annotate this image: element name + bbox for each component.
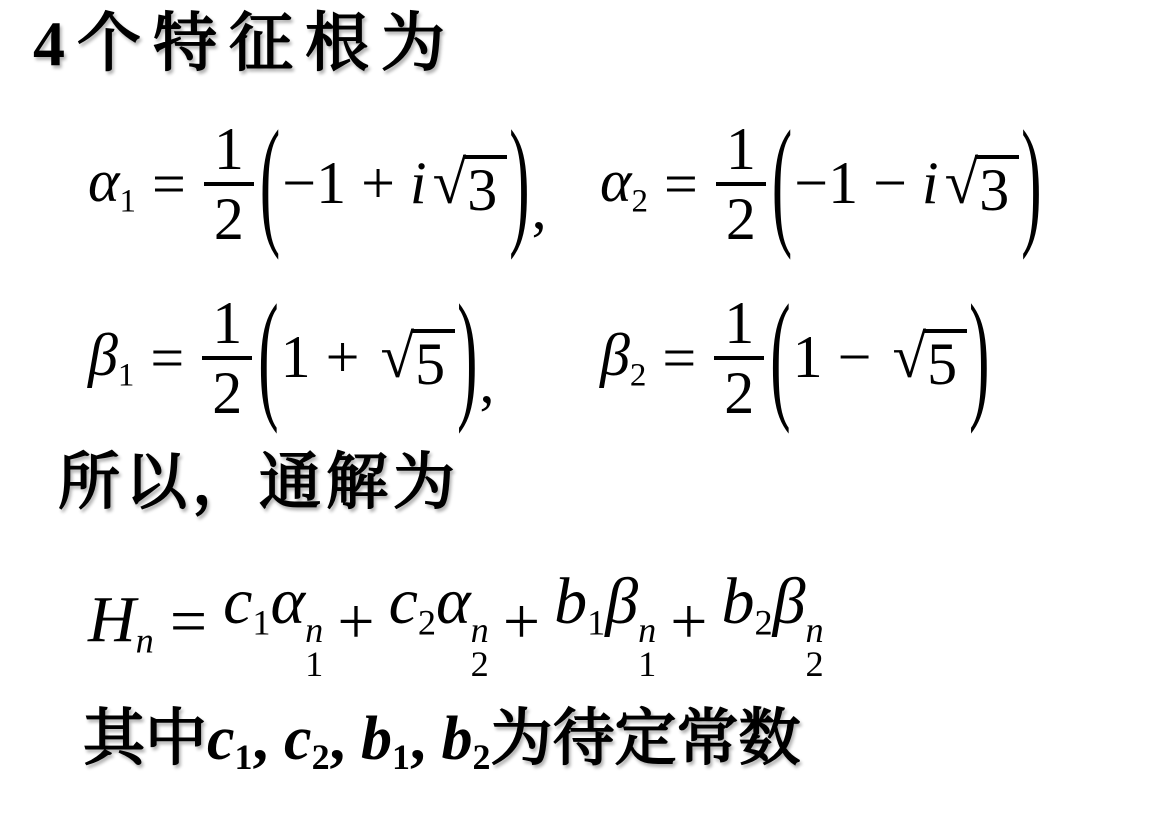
right-paren: ) [969,272,989,445]
equation-lhs: β2 [600,319,646,396]
exponent-n: n [305,613,323,647]
paren-content: 1 − √5 [793,321,967,396]
fraction-denominator: 2 [714,356,764,424]
variable-beta: β [600,322,630,388]
left-paren: ( [258,272,278,445]
base-variable: α [271,565,306,638]
square-root: √3 [433,153,508,222]
equation-beta-2: β2 = 1 2 ( 1 − √5 ) [600,272,991,444]
variable-H: H [88,583,136,656]
fraction-one-half: 1 2 [716,118,766,251]
fraction-denominator: 2 [202,356,252,424]
variable-beta: β [88,322,118,388]
plus-sign: + [670,582,707,661]
subscript: 2 [632,184,649,220]
variable-alpha: α [600,148,632,214]
radicand: 3 [975,155,1019,222]
constant-c1: c1 [207,705,253,773]
fraction-one-half: 1 2 [204,118,254,251]
left-paren: ( [772,98,792,271]
plus-sign: + [337,582,374,661]
radical-sign: √ [892,327,926,388]
constant-base: c [207,705,235,773]
fraction-numerator: 1 [202,292,252,356]
term-c1-alpha1: c1αn1 [223,562,323,682]
constant-b1: b1 [361,705,410,773]
fraction-one-half: 1 2 [714,292,764,425]
base-subscript: 2 [471,647,489,681]
square-root: √5 [380,327,455,396]
equation-lhs: β1 [88,319,134,396]
imaginary-unit: i [922,150,939,216]
left-paren: ( [770,272,790,445]
coefficient: c [389,565,418,638]
base-subscript: 2 [806,647,824,681]
constant-b2: b2 [442,705,491,773]
right-paren: ) [1021,98,1041,271]
inner-expression: 1 + [281,324,375,390]
slide-title: 4个特征根为 [33,6,457,83]
subscript-n: n [136,621,154,661]
paren-content: −1 − i√3 [794,147,1019,222]
equation-lhs: α2 [600,145,648,222]
equation-lhs: α1 [88,145,136,222]
coefficient-subscript: 1 [587,603,605,643]
square-root: √5 [892,327,967,396]
sub-superscript: n1 [305,613,323,682]
variable-alpha: α [88,148,120,214]
constant-subscript: 2 [473,737,491,777]
radical-sign: √ [945,153,979,214]
base-subscript: 1 [305,647,323,681]
footer-suffix: 为待定常数 [491,705,801,773]
exponent-n: n [806,613,824,647]
term-b1-beta1: b1βn1 [554,562,656,682]
imaginary-unit: i [410,150,427,216]
right-paren: ) [509,98,529,271]
exponent-n: n [471,613,489,647]
equals-sign: = [662,322,696,394]
sub-superscript: n2 [471,613,489,682]
fraction-denominator: 2 [204,182,254,250]
footer-line: 其中c1,c2,b1,b2为待定常数 [83,702,801,779]
base-variable: β [773,565,806,638]
constant-base: b [361,705,392,773]
comma: , [479,346,494,418]
equation-alpha-2: α2 = 1 2 ( −1 − i√3 ) [600,98,1044,270]
exponent-n: n [638,613,656,647]
radical-sign: √ [433,153,467,214]
coefficient-subscript: 1 [252,603,270,643]
subscript: 1 [118,358,135,394]
paren-content: 1 + √5 [281,321,455,396]
equals-sign: = [150,322,184,394]
comma: , [253,705,269,773]
comma: , [410,705,426,773]
constant-subscript: 1 [392,737,410,777]
coefficient: b [721,565,754,638]
term-c2-alpha2: c2αn2 [389,562,489,682]
constant-subscript: 1 [235,737,253,777]
square-root: √3 [945,153,1020,222]
constant-base: c [284,705,312,773]
inner-expression: −1 + [282,150,410,216]
paren-content: −1 + i√3 [282,147,507,222]
base-variable: β [605,565,638,638]
fraction-numerator: 1 [714,292,764,356]
constant-base: b [442,705,473,773]
equals-sign: = [170,582,207,661]
right-paren: ) [457,272,477,445]
sub-superscript: n2 [806,613,824,682]
coefficient-subscript: 2 [418,603,436,643]
base-subscript: 1 [638,647,656,681]
fraction-one-half: 1 2 [202,292,252,425]
comma: , [532,172,547,244]
equals-sign: = [664,148,698,220]
therefore-line: 所以，通解为 [58,446,460,520]
fraction-numerator: 1 [204,118,254,182]
constant-subscript: 2 [312,737,330,777]
fraction-denominator: 2 [716,182,766,250]
general-solution-equation: Hn = c1αn1 + c2αn2 + b1βn1 + b2βn2 [88,556,824,688]
plus-sign: + [503,582,540,661]
constant-c2: c2 [284,705,330,773]
slide: 4个特征根为 α1 = 1 2 ( −1 + i√3 ) , α2 = 1 2 … [0,0,1154,816]
radicand: 5 [923,329,967,396]
left-paren: ( [260,98,280,271]
radicand: 5 [411,329,455,396]
equation-beta-1: β1 = 1 2 ( 1 + √5 ) , [88,272,494,444]
radical-sign: √ [380,327,414,388]
inner-expression: −1 − [794,150,922,216]
base-variable: α [436,565,471,638]
subscript: 2 [630,358,647,394]
coefficient: b [554,565,587,638]
equation-lhs: Hn [88,580,154,663]
radicand: 3 [463,155,507,222]
footer-prefix: 其中 [83,705,207,773]
equation-alpha-1: α1 = 1 2 ( −1 + i√3 ) , [88,98,547,270]
subscript: 1 [120,184,137,220]
coefficient-subscript: 2 [754,603,772,643]
comma: , [330,705,346,773]
coefficient: c [223,565,252,638]
equals-sign: = [152,148,186,220]
term-b2-beta2: b2βn2 [721,562,823,682]
sub-superscript: n1 [638,613,656,682]
inner-expression: 1 − [793,324,887,390]
fraction-numerator: 1 [716,118,766,182]
